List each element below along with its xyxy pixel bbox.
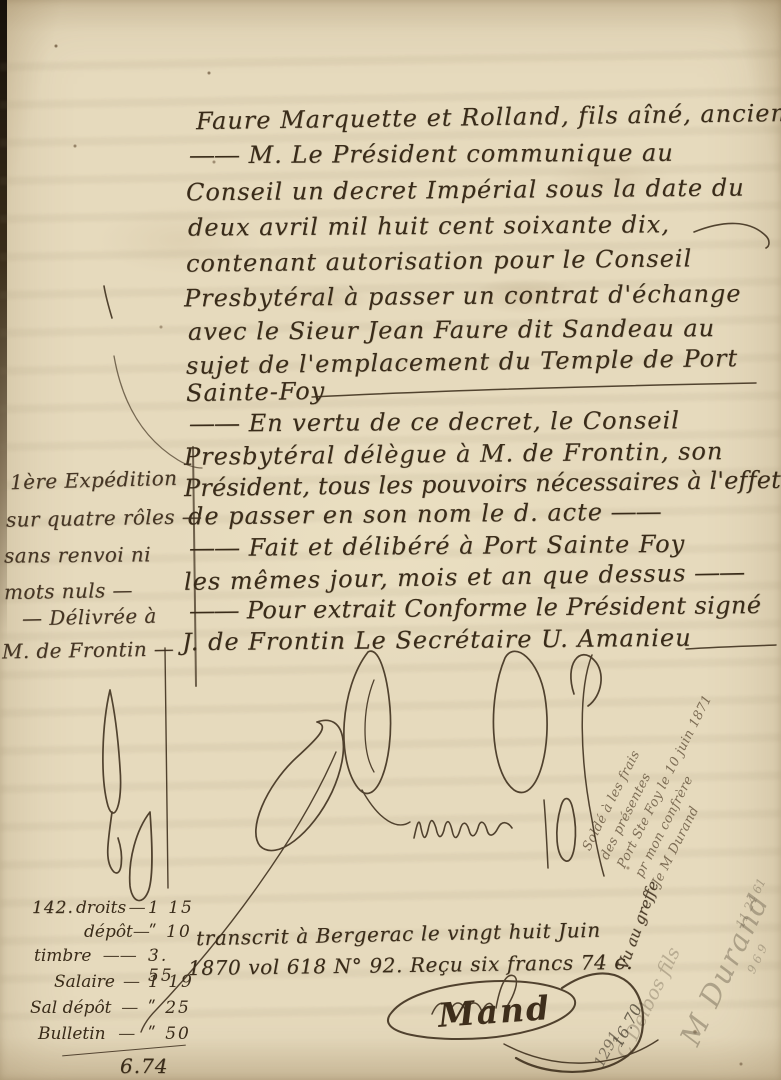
manuscript-page: Faure Marquette et Rolland, fils aîné, a… xyxy=(0,0,781,1080)
manuscript-line: Président, tous les pouvoirs nécessaires… xyxy=(184,466,781,502)
registration-line: transcrit à Bergerac le vingt huit Juin xyxy=(196,918,601,950)
margin-note-line: 1ère Expédition xyxy=(10,466,178,494)
manuscript-line: Faure Marquette et Rolland, fils aîné, a… xyxy=(196,99,781,135)
manuscript-line: ―― M. Le Président communique au xyxy=(190,139,674,170)
manuscript-line: les mêmes jour, mois et an que dessus ―― xyxy=(184,558,745,596)
fee-label: Bulletin xyxy=(38,1024,106,1044)
paraphe-left-squiggle xyxy=(108,812,122,873)
swash-after-line4 xyxy=(694,223,769,248)
fee-value: ʺ 10 xyxy=(149,922,200,942)
paraphe-middle-connector xyxy=(362,790,410,825)
manuscript-line: Sainte-Foy xyxy=(186,377,326,407)
margin-note-line: M. de Frontin — xyxy=(2,636,175,663)
fee-dash: — xyxy=(133,922,149,942)
fee-row: Salaire — 1 19 xyxy=(28,972,200,992)
manuscript-line: J. de Frontin Le Secrétaire U. Amanieu xyxy=(182,624,692,656)
paraphe-left-u-loop xyxy=(130,812,152,901)
paraphe-middle-squiggle xyxy=(414,821,512,838)
manuscript-line: Presbytéral à passer un contrat d'échang… xyxy=(184,280,742,313)
margin-slash-mark xyxy=(104,286,112,318)
paraphe-left-tall-stroke xyxy=(165,648,168,888)
fee-value: 1 15 xyxy=(148,898,200,918)
paraphe-left-loop xyxy=(103,690,121,813)
fee-label: timbre xyxy=(34,946,91,966)
margin-note-line: sur quatre rôles — xyxy=(6,504,203,531)
registrar-signature: Mand xyxy=(437,988,552,1035)
fee-dash: — xyxy=(115,972,148,992)
pencil-name-annotation: M Durand xyxy=(673,887,776,1050)
fee-row: droits — 1 15 xyxy=(28,898,200,918)
margin-note-line: sans renvoi ni xyxy=(4,542,151,567)
paraphe-middle-narrow-oval xyxy=(557,799,576,862)
manuscript-line: ―― En vertu de ce decret, le Conseil xyxy=(190,406,680,437)
manuscript-line: contenant autorisation pour le Conseil xyxy=(186,244,692,277)
fee-dash: — xyxy=(126,898,148,918)
fee-table: 142. droits — 1 15 dépôt — ʺ 10 timbre —… xyxy=(28,898,200,1078)
fee-dash: — xyxy=(112,998,148,1018)
paraphe-middle-inner xyxy=(365,680,374,772)
paraphe-middle-oval xyxy=(344,651,391,793)
manuscript-line: avec le Sieur Jean Faure dit Sandeau au xyxy=(188,314,715,346)
fee-value: ʺ 25 xyxy=(148,998,200,1018)
registration-line: 1870 vol 618 N° 92. Reçu six francs 74 c… xyxy=(188,950,633,980)
manuscript-line: sujet de l'emplacement du Temple de Port xyxy=(186,344,739,380)
manuscript-line: ―― Fait et délibéré à Port Sainte Foy xyxy=(190,530,685,562)
fee-label: dépôt xyxy=(84,922,133,942)
fee-label: Sal dépôt xyxy=(30,998,112,1018)
fee-dash: — xyxy=(106,1024,148,1044)
paraphe-right-top-loop xyxy=(571,655,601,706)
fee-label: Salaire xyxy=(54,972,115,992)
fee-row: dépôt — ʺ 10 xyxy=(28,922,200,942)
fee-row: Sal dépôt — ʺ 25 xyxy=(28,998,200,1018)
side-note-rotated: Soldé à les frais des présentes Port Ste… xyxy=(578,632,774,890)
manuscript-line: ―― Pour extrait Conforme le Président si… xyxy=(190,591,762,625)
rule-after-sainte-foy xyxy=(312,383,756,397)
paraphe-left-big-loop xyxy=(256,720,344,850)
fee-value: ʺ 50 xyxy=(148,1024,200,1044)
manuscript-line: de passer en son nom le d. acte ―― xyxy=(188,498,662,531)
fee-row: Bulletin — ʺ 50 xyxy=(28,1024,200,1044)
manuscript-line: Conseil un decret Impérial sous la date … xyxy=(186,174,745,207)
fee-dash: —— xyxy=(91,946,148,966)
fee-total: 6.74 xyxy=(120,1054,169,1078)
manuscript-line: Presbytéral délègue à M. de Frontin, son xyxy=(184,437,724,471)
margin-note-line: — Délivrée à xyxy=(22,604,157,631)
margin-note-line: mots nuls — xyxy=(4,578,133,604)
fee-label: droits xyxy=(76,898,126,918)
manuscript-line: deux avril mil huit cent soixante dix, xyxy=(188,210,670,241)
paraphe-right-oval xyxy=(493,651,547,792)
paraphe-middle-one-stroke xyxy=(544,800,548,868)
